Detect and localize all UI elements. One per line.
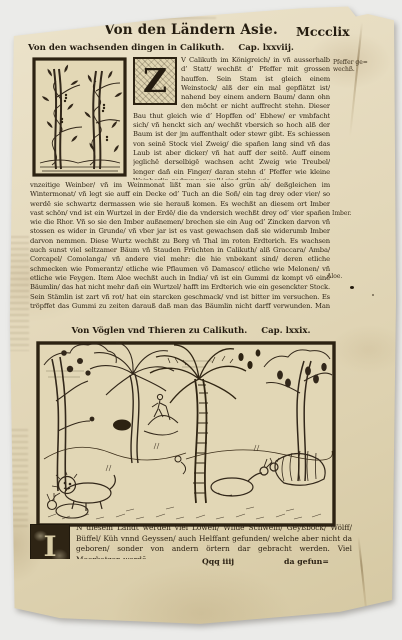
pepper-woodcut <box>32 57 127 177</box>
animals-woodcut-frame <box>38 343 334 525</box>
pepper-woodcut-frame <box>34 59 125 175</box>
catchword: da gefun= <box>284 557 329 566</box>
ornamental-initial: I <box>30 524 70 559</box>
chapter-plants-cap: Cap. lxxviij. <box>238 43 294 53</box>
chapter-animals-cap: Cap. lxxix. <box>261 326 310 336</box>
chapter-animals-paragraph: IN diesem Landt werden viel Löwen/ Wilde… <box>30 523 352 559</box>
paper-crease-top-right <box>349 22 363 137</box>
ink-speck-1 <box>350 286 354 289</box>
signature-mark: Qqq iiij <box>202 557 234 566</box>
show-through-left-2 <box>10 429 28 529</box>
paper-crease-bottom-right <box>357 536 368 624</box>
animals-woodcut <box>36 341 336 527</box>
book-page: Von den Ländern Asie. Mccclix Von den wa… <box>6 4 396 632</box>
chapter-plants-body-text: vnzeitige Weinber/ vñ im Weinmonat lißt … <box>30 181 330 312</box>
margin-note-pfeffer: Pfeffer ge= wechß. <box>333 60 375 74</box>
chapter-animals-heading: Von Vöglen vnd Thieren zu Calikuth. <box>71 326 247 336</box>
paper-shadow: Von den Ländern Asie. Mccclix Von den wa… <box>0 0 402 640</box>
chapter-animals-body-text: N diesem Landt werden viel Löwen/ Wilde … <box>76 523 352 559</box>
chapter-plants-heading-row: Von den wachsenden dingen in Calikuth. C… <box>28 43 308 53</box>
scan-background: { "colors": {"paper": "#e4d9ba", "ink": … <box>0 0 402 640</box>
margin-note-aloe: Aloe. <box>327 274 363 281</box>
margin-note-imber: Imber. <box>332 211 368 218</box>
chapter-animals-heading-row: Von Vöglen vnd Thieren zu Calikuth. Cap.… <box>30 326 352 336</box>
folio-number: Mccclix <box>296 24 366 39</box>
ink-speck-2 <box>372 294 374 296</box>
chapter-plants-intro-paragraph: ZV Calikuth im Königreich/ in vñ ausserh… <box>133 56 330 180</box>
show-through-top <box>66 11 216 19</box>
drop-cap-initial: Z <box>133 57 177 105</box>
show-through-left-1 <box>9 236 29 351</box>
chapter-plants-heading: Von den wachsenden dingen in Calikuth. <box>28 43 224 53</box>
running-head-title: Von den Ländern Asie. <box>76 22 306 38</box>
